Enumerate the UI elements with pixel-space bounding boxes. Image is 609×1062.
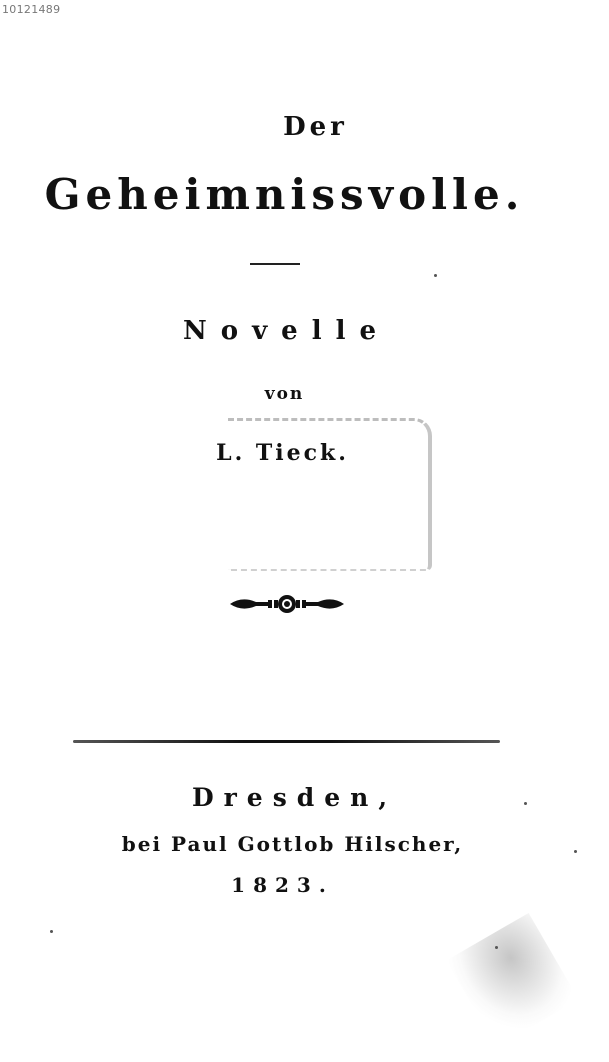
by-label: von [0,384,589,404]
speck [50,930,53,933]
speck [434,274,437,277]
publication-year: 1823. [0,873,587,897]
book-title: Geheimnissvolle. [0,170,589,219]
speck [495,946,498,949]
publication-place: Dresden, [0,783,599,812]
title-article: Der [0,112,609,142]
speck [574,850,577,853]
book-subtitle: Novelle [0,316,591,346]
short-divider [250,263,300,265]
page-id-label: 10121489 [2,3,60,16]
long-divider [73,740,500,743]
author-name: L. Tieck. [0,440,587,466]
ornament-icon [228,592,346,616]
speck [524,802,527,805]
publisher: bei Paul Gottlob Hilscher, [0,832,597,856]
scan-smudge [446,913,578,1047]
